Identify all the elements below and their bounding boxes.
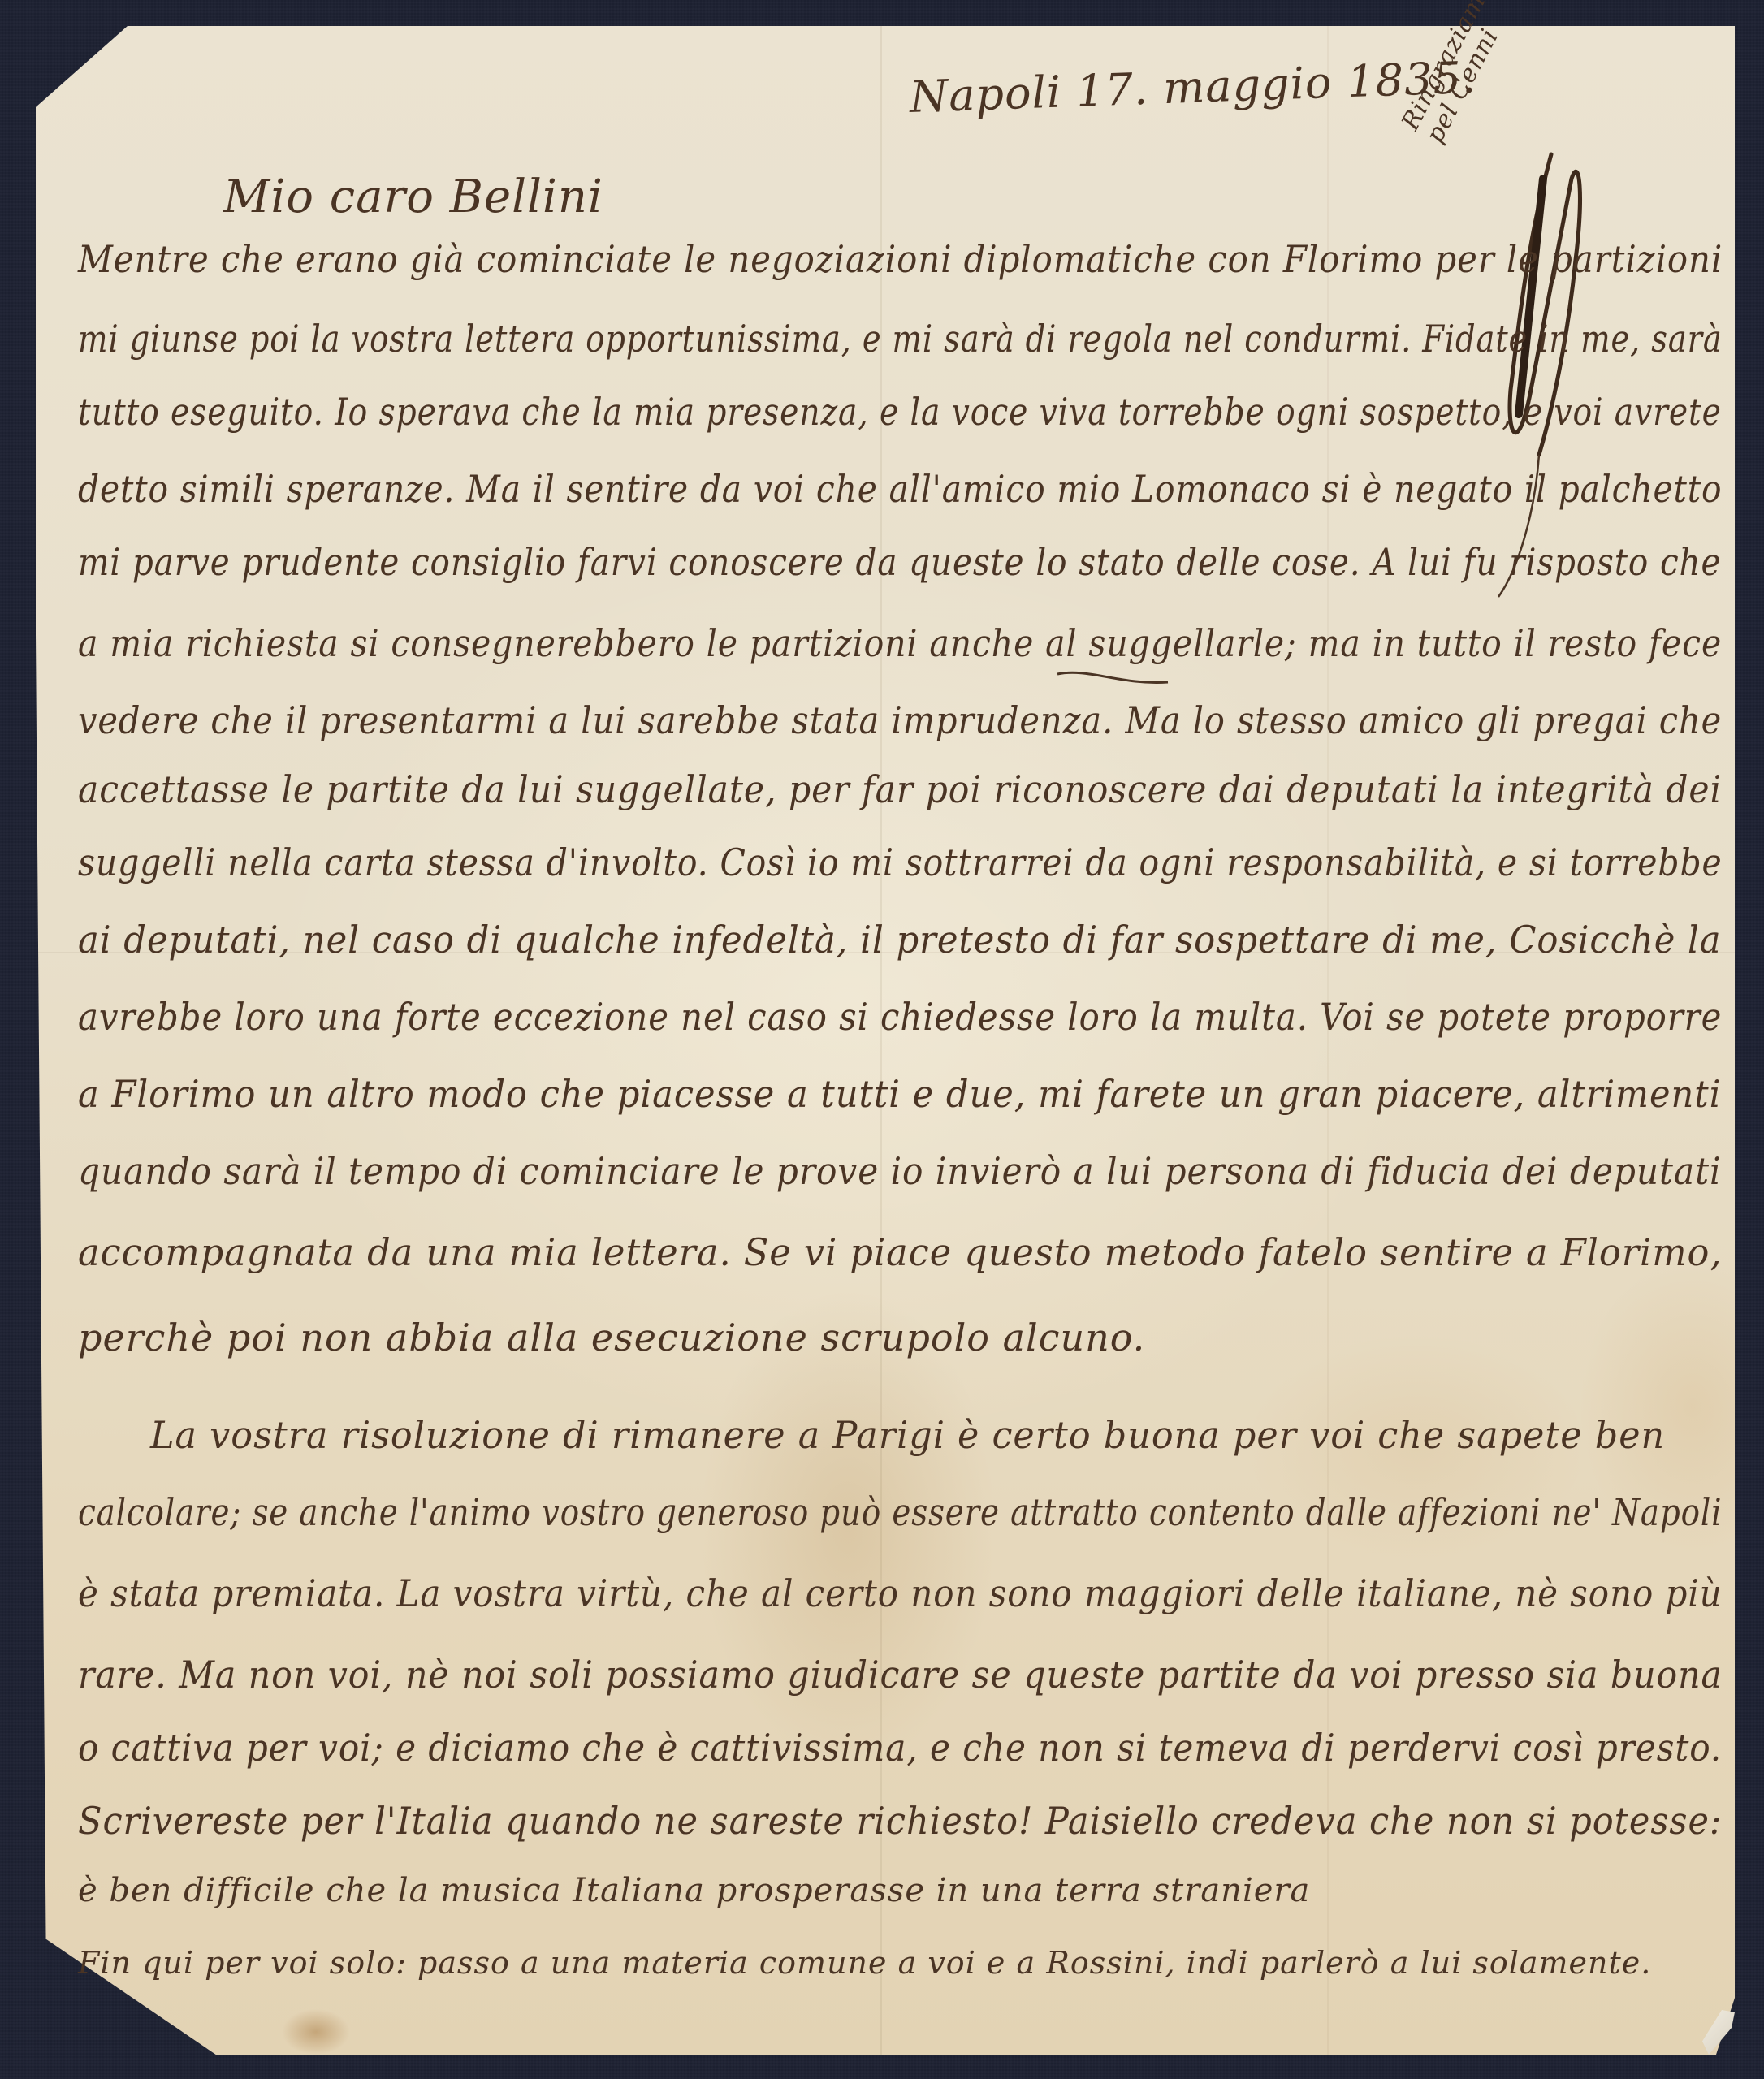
letter-line: Mentre che erano già cominciate le negoz… <box>78 237 1556 281</box>
letter-line: rare. Ma non voi, nè noi soli possiamo g… <box>78 1653 1585 1696</box>
letter-line: tutto eseguito. Io sperava che la mia pr… <box>78 390 1467 434</box>
letter-line: detto simili speranze. Ma il sentire da … <box>78 467 1517 511</box>
letter-line-paragraph-start: La vostra risoluzione di rimanere a Pari… <box>150 1413 1723 1457</box>
pen-scribble-mark <box>1494 146 1592 601</box>
letter-line: è ben difficile che la musica Italiana p… <box>78 1872 1702 1909</box>
letter-line: suggelli nella carta stessa d'involto. C… <box>78 841 1522 884</box>
letter-line: avrebbe loro una forte eccezione nel cas… <box>78 995 1556 1039</box>
letter-line: è stata premiata. La vostra virtù, che a… <box>78 1571 1563 1615</box>
underline-stroke <box>1056 666 1170 690</box>
letter-line: calcolare; se anche l'animo vostro gener… <box>78 1490 1451 1534</box>
letter-line: accompagnata da una mia lettera. Se vi p… <box>78 1230 1654 1274</box>
letter-line: ai deputati, nel caso di qualche infedel… <box>78 918 1608 962</box>
salutation: Mio caro Bellini <box>223 171 603 223</box>
letter-line: a Florimo un altro modo che piacesse a t… <box>78 1072 1605 1116</box>
letter-line: perchè poi non abbia alla esecuzione scr… <box>78 1316 1702 1359</box>
letter-line: Scrivereste per l'Italia quando ne sares… <box>78 1799 1600 1843</box>
letter-line: mi giunse poi la vostra lettera opportun… <box>78 317 1438 361</box>
letter-line: accettasse le partite da lui suggellate,… <box>78 767 1580 811</box>
letter-line: quando sarà il tempo di cominciare le pr… <box>78 1149 1572 1193</box>
letter-line: o cattiva per voi; e diciamo che è catti… <box>78 1726 1569 1770</box>
letter-line: vedere che il presentarmi a lui sarebbe … <box>78 698 1546 742</box>
letter-line: mi parve prudente consiglio farvi conosc… <box>78 540 1509 584</box>
letter-line: a mia richiesta si consegnerebbero le pa… <box>78 621 1525 665</box>
letter-line: Fin qui per voi solo: passo a una materi… <box>78 1945 1702 1981</box>
